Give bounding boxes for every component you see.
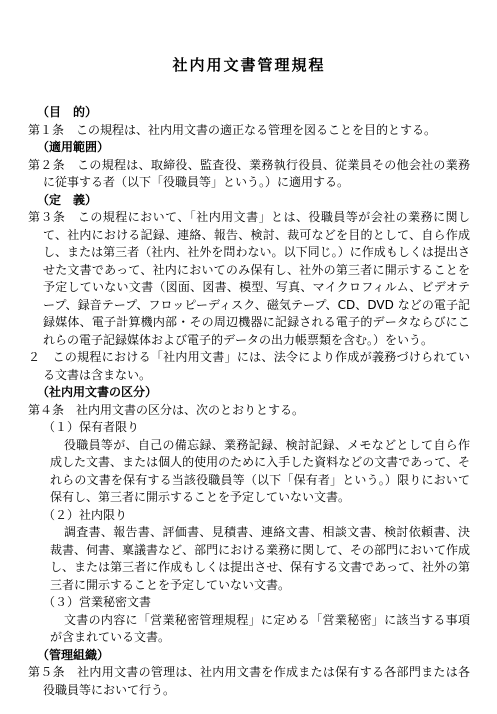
document-title: 社内用文書管理規程	[28, 55, 470, 75]
item-body-paragraph: 調査書、報告書、評価書、見積書、連絡文書、相談文書、検討依頼書、決裁書、伺書、稟…	[50, 524, 470, 594]
article-paragraph: 第５条 社内用文書の管理は、社内用文書を作成または保有する各部門または各役職員等…	[28, 664, 470, 699]
numbered-paragraph: ２ この規程における「社内用文書」には、法令により作成が義務づけられている文書は…	[28, 349, 470, 384]
section-heading: （定 義）	[28, 192, 470, 210]
section-heading: （目 的）	[28, 104, 470, 122]
section-heading: （適用範囲）	[28, 139, 470, 157]
article-paragraph: 第１条 この規程は、社内用文書の適正なる管理を図ることを目的とする。	[28, 122, 470, 140]
item-heading: （３）営業秘密文書	[28, 594, 470, 612]
document-page: 社内用文書管理規程 （目 的）第１条 この規程は、社内用文書の適正なる管理を図る…	[0, 0, 497, 714]
item-heading: （１）保有者限り	[28, 419, 470, 437]
article-paragraph: 第２条 この規程は、取締役、監査役、業務執行役員、従業員その他会社の業務に従事す…	[28, 157, 470, 192]
article-paragraph: 第３条 この規程において、「社内用文書」とは、役職員等が会社の業務に関して、社内…	[28, 209, 470, 349]
item-heading: （２）社内限り	[28, 507, 470, 525]
document-body: （目 的）第１条 この規程は、社内用文書の適正なる管理を図ることを目的とする。（…	[28, 104, 470, 699]
item-body-paragraph: 役職員等が、自己の備忘録、業務記録、検討記録、メモなどとして自ら作成した文書、ま…	[50, 437, 470, 507]
item-body-paragraph: 文書の内容に「営業秘密管理規程」に定める「営業秘密」に該当する事項が含まれている…	[50, 612, 470, 647]
article-paragraph: 第４条 社内用文書の区分は、次のとおりとする。	[28, 402, 470, 420]
section-heading: （社内用文書の区分）	[28, 384, 470, 402]
section-heading: （管理組織）	[28, 647, 470, 665]
